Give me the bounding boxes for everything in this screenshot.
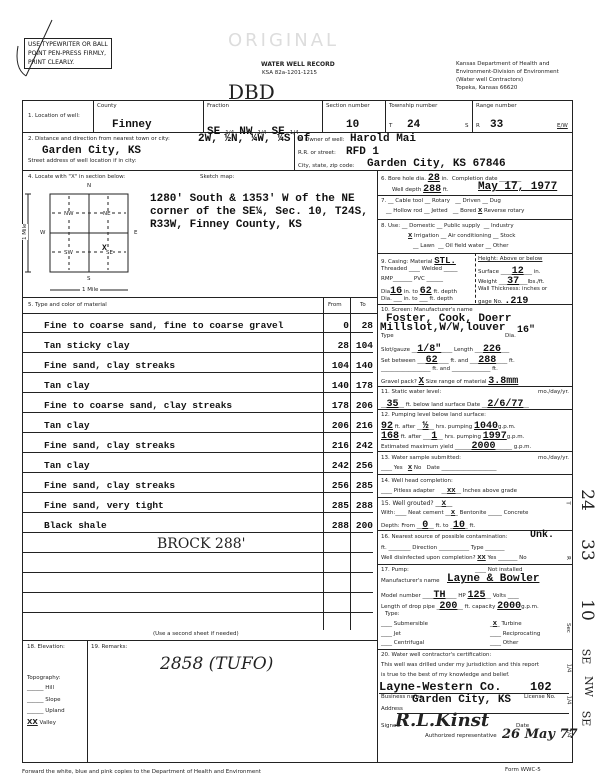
pump-type-jet: ____ Jet [381,631,401,637]
section-label: Section number [326,103,370,109]
margin-fraction: SE [579,711,592,727]
table-row [22,593,373,613]
margin-label: T [565,501,571,504]
static-date-format: mo./day/yr. [538,389,569,395]
margin-township: 24 [577,489,597,511]
table-row: Tan clay 140 178 [22,373,373,393]
fraction-label: Fraction [207,103,229,109]
pump-drop-pipe: Length of drop pipe _200__ ft. capacity … [381,601,539,612]
method-row-1: 7. __ Cable tool __ Rotary __ Driven __ … [381,198,501,204]
quadrant-ne: NE [103,211,111,217]
township-label: Township number [389,103,437,109]
certification-text: This well was drilled under my jurisdict… [381,662,539,668]
faded-stamp: ORIGINAL [228,30,339,51]
sample-date-format: mo./day/yr. [538,455,569,461]
township-prefix: T [389,123,392,129]
method-row-2: __ Hollow rod __ Jetted __ Bored X Rever… [386,208,524,214]
pump-mfr-label: Manufacturer's name [381,578,440,584]
license-number: 102 [530,680,552,694]
range-label: Range number [476,103,517,109]
form-number: Form WWC-5 [505,767,541,773]
remarks-label: 19. Remarks: [91,644,127,650]
sketch-description: 1280' South & 1353' W of the NE corner o… [150,193,368,232]
pump-type-reciprocating: ____ Reciprocating [490,631,540,637]
casing-rmp: RMP_______ PVC ______ [381,276,443,282]
casing-height-label: Height: Above or below [478,256,542,262]
owner-label: 3. Owner of well: [298,137,345,143]
wall-thickness-label: Wall Thickness: inches or [478,286,547,292]
owner-city: Garden City, KS 67846 [367,158,506,170]
forward-instructions: Forward the white, blue and pink copies … [22,769,261,775]
license-label: License No. [524,694,556,700]
screen-dia: 16" [517,325,535,336]
agency-line: (Water well Contractors) [456,76,559,84]
township-suffix: S [465,123,469,129]
business-name: Layne-Western Co. [379,680,501,694]
mile-vertical-label: 1 Mile [22,224,28,240]
completion-date: May 17, 1977 [478,181,557,193]
certification-label: 20. Water well contractor's certificatio… [381,652,491,658]
grout-materials: With:____ Neat cement __X_ Bentonite ___… [381,510,528,516]
second-sheet-note: (Use a second sheet if needed) [153,631,239,637]
sketch-label: Sketch map: [200,174,234,180]
distance-value: 2W, ½N, ¼W, ¼S of [198,133,310,145]
table-row: Fine sand, clay streaks 104 140 [22,353,373,373]
pumping-label: 12. Pumping level below land surface: [381,412,486,418]
mile-horizontal-label: 1 Mile [80,287,100,293]
pump-type-submersible: ____ Submersible [381,621,428,627]
distance-town: Garden City, KS [42,145,141,157]
owner-street-label: R.R. or street: [298,150,336,156]
table-row: Fine sand, clay streaks 256 285 [22,473,373,493]
gage-number: gage No. .219 [478,296,528,307]
county-value: Finney [112,119,152,131]
screen-dia-label: Dia. [505,333,516,339]
screen-blank-line: __________________ ft. and _____________… [381,366,498,372]
use-row-2: X Irrigation __ Air conditioning __ Stoc… [408,233,515,239]
table-row: Tan clay 206 216 [22,413,373,433]
street-address-label: Street address of well location if in ci… [28,158,137,164]
certification-text: is true to the best of my knowledge and … [381,672,510,678]
sample-label: 13. Water sample submitted: [381,455,461,461]
from-label: From [328,302,342,308]
sketch-line: corner of the SE¼, Sec. 10, T24S, [150,206,368,219]
township-value: 24 [407,119,420,131]
head-completion: ____ Pitless adapter __XX__ Inches above… [381,488,517,494]
topo-valley: XX Valley [27,718,56,726]
owner-city-label: City, state, zip code: [298,163,354,169]
head-label: 14. Well head completion: [381,478,453,484]
agency-line: Topeka, Kansas 66620 [456,84,559,92]
materials-label: 5. Type and color of material [28,302,107,308]
form-title: WATER WELL RECORD [261,61,335,68]
contamination-details: ft. ________ Direction ___________ Type … [381,545,505,551]
table-row: Fine to coarse sand, fine to coarse grav… [22,313,373,333]
pump-mfr: Layne & Bowler [447,573,539,585]
quadrant-se: SE [106,250,113,256]
margin-label: 1/4 [565,696,571,705]
margin-range: 33 [577,539,597,561]
table-row [22,573,373,593]
pump-model: Model number ____TH____ HP 125__ Volts _… [381,590,519,601]
county-label: County [97,103,117,109]
contamination-label: 16. Nearest source of possible contamina… [381,534,508,540]
range-prefix: R [476,123,480,129]
remarks-handwritten: 2858 (TUFO) [160,654,273,674]
topography-label: Topography: [27,675,60,681]
well-depth: Well depth 288 ft. [392,184,449,195]
table-row: Fine to coarse sand, clay streaks 178 20… [22,393,373,413]
section-grid [22,190,137,295]
agency-line: Kansas Department of Health and [456,60,559,68]
quadrant-nw: NW [64,211,74,217]
margin-fraction: SE [579,649,592,665]
margin-section: 10 [577,599,597,621]
margin-label: 1/4 [565,729,571,738]
disinfected: Well disinfected upon completion? XX Yes… [381,555,527,561]
to-label: To [360,302,366,308]
table-row: Fine sand, very tight 285 288 [22,493,373,513]
topo-slope: ______ Slope [27,697,61,703]
use-row-1: 8. Use: __ Domestic __ Public supply __ … [381,223,514,229]
screen-type: Millslot,W/W,louver [380,322,505,334]
topo-upland: ______ Upland [27,708,65,714]
use-row-3: __ Lawn __ Oil field water __ Other [413,243,508,249]
owner-street: RFD 1 [346,146,379,158]
range-suffix: E/W [557,123,568,129]
authorized-rep-label: Authorized representative [425,733,497,739]
range-value: 33 [490,119,503,131]
table-row: Tan sticky clay 28 104 [22,333,373,353]
table-row: Fine sand, clay streaks 216 242 [22,433,373,453]
topo-hill: ______ Hill [27,685,54,691]
address-value: Garden City, KS [412,694,511,706]
grouted-label: 15. Well grouted? __X__ [381,500,452,507]
owner-name: Harold Mai [350,133,416,145]
location-label: 1. Location of well: [28,113,80,119]
margin-fraction: NW [582,676,595,697]
table-row: BROCK 288' [22,533,373,553]
sketch-line: R33W, Finney County, KS [150,219,368,232]
margin-label: R [565,556,571,560]
table-row: Black shale 288 200 [22,513,373,533]
table-row [22,553,373,573]
table-row: Tan clay 242 256 [22,453,373,473]
signature: R.L.Kinst [395,710,489,731]
static-label: 11. Static water level: [381,389,441,395]
screen-type-label: Type [381,333,394,339]
screen-set-between: Set between ___62____ ft. and ___288____… [381,355,515,366]
pump-label: 17. Pump: [381,567,409,573]
agency-line: Environment-Division of Environment [456,68,559,76]
section-value: 10 [346,119,359,131]
margin-label: 1/4 [565,664,571,673]
pump-type-other: ____ Other [490,640,518,646]
sketch-line: 1280' South & 1353' W of the NE [150,193,368,206]
distance-label: 2. Distance and direction from nearest t… [28,136,170,142]
handwritten-check-mark-icon [12,18,62,78]
contamination-value: Unk. [530,530,554,541]
form-statute: KSA 82a-1201-1215 [262,70,317,76]
pump-type-turbine: _X_ Turbine [490,621,522,627]
locate-label: 4. Locate with "X" in section below: [28,174,125,180]
quadrant-mark: X [102,244,107,253]
agency-address: Kansas Department of Health and Environm… [456,60,559,92]
elevation-label: 18. Elevation: [27,644,65,650]
screen-slot: Slot/gauze __1/8"____ Length ___226___ [381,344,509,355]
margin-label: Sec [565,623,571,633]
sample-options: ____ Yes X No Date ____________________ [381,465,497,471]
pump-type-label: Type: [385,611,400,617]
compass-north: N [87,183,91,189]
handwritten-note: BROCK 288' [157,536,246,552]
casing-material: 9. Casing: Material STL. [381,256,456,266]
casing-dia-2: Dia. ___ in. to ___ ft. depth [381,296,453,302]
pump-type-centrifugal: ____ Centrifugal [381,640,424,646]
quadrant-sw: SW [64,250,73,256]
casing-threaded: Threaded ____ Welded _____ [381,266,458,272]
